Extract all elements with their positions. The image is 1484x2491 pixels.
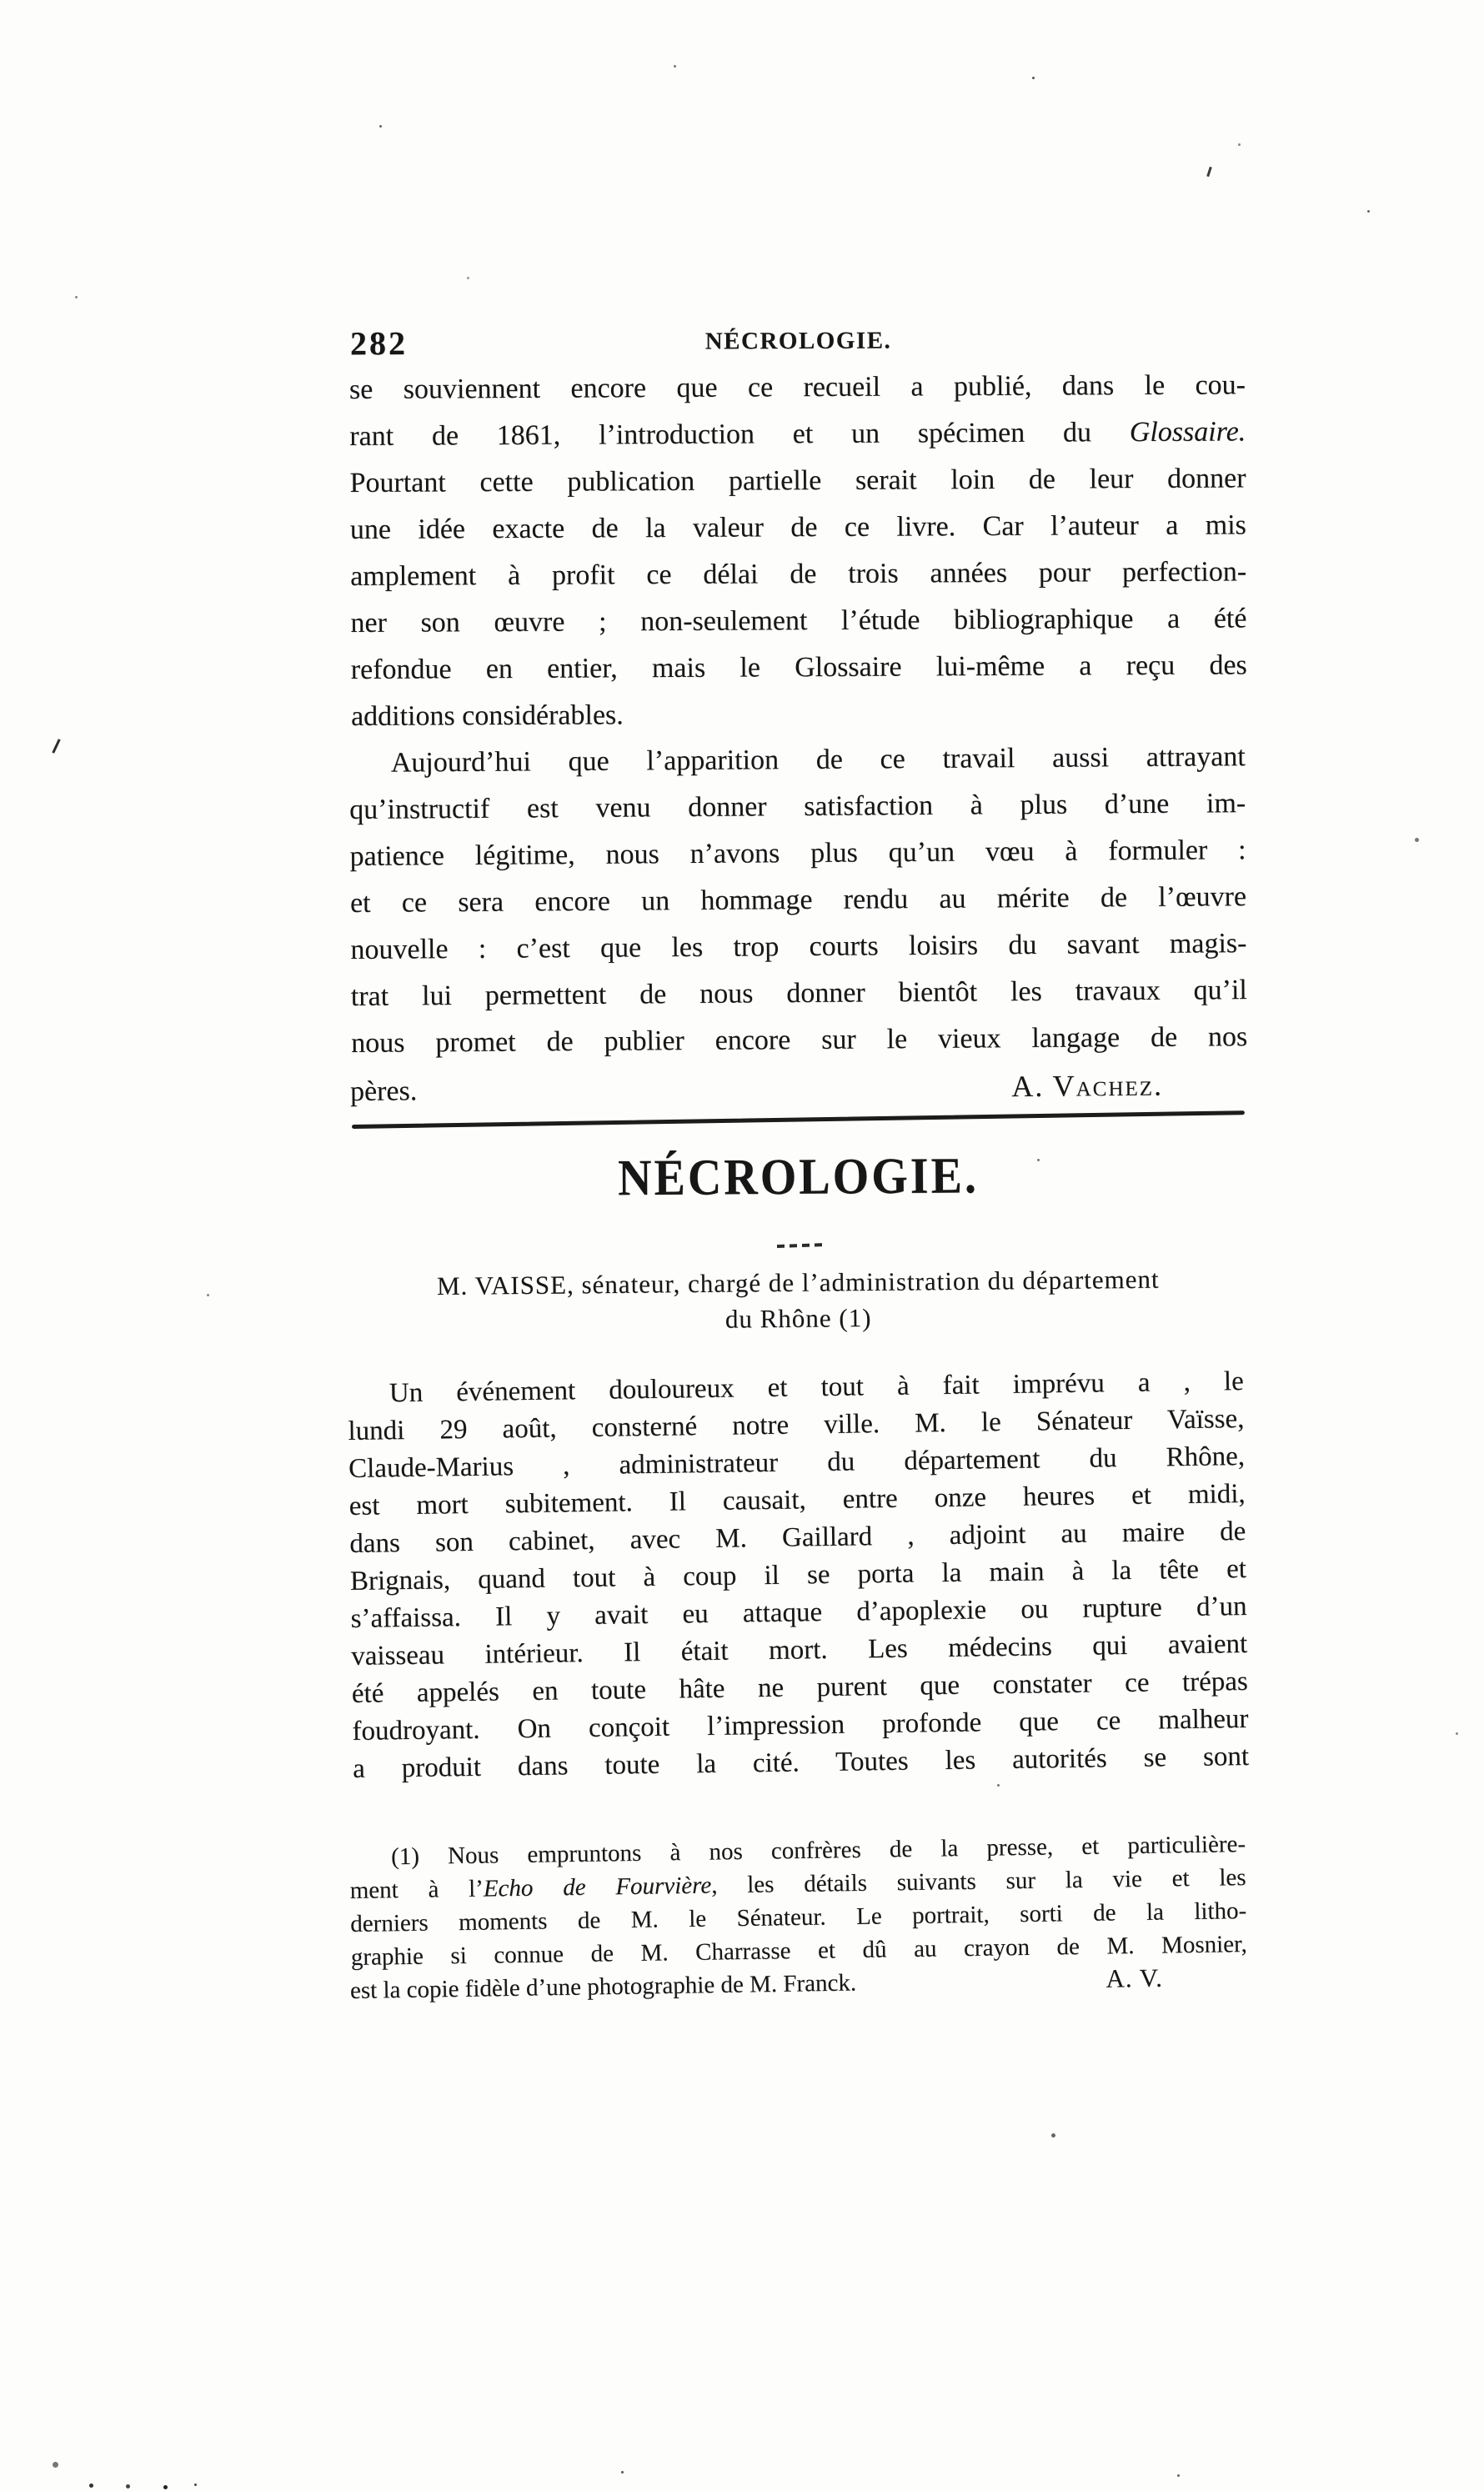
text-line: rant de 1861, l’introduction et un spéci… xyxy=(349,408,1246,460)
running-header: NÉCROLOGIE. xyxy=(350,326,1246,358)
footnote-signature: A. V. xyxy=(1105,1960,1246,1996)
text-line: nous promet de publier encore sur le vie… xyxy=(351,1014,1247,1067)
page-content: 282 NÉCROLOGIE. se souviennent encore qu… xyxy=(350,0,1246,2491)
necrology-paragraph: Un événement douloureux et tout à fait i… xyxy=(348,1363,1250,1788)
text-line: patience légitime, nous n’avons plus qu’… xyxy=(349,827,1246,880)
text-line: nouvelle : c’est que les trop courts loi… xyxy=(350,920,1246,974)
dash-ornament-icon xyxy=(776,1243,825,1248)
article-paragraph: se souviennent encore que ce recueil a p… xyxy=(349,362,1247,740)
scan-noise-speckles xyxy=(0,0,3,3)
article-paragraph: Aujourd’hui que l’apparition de ce trava… xyxy=(349,734,1248,1067)
necrology-subtitle: M. VAISSE, sénateur, chargé de l’adminis… xyxy=(350,1261,1247,1341)
text-line: Aujourd’hui que l’apparition de ce trava… xyxy=(349,734,1246,787)
text-line: qu’instructif est venu donner satisfacti… xyxy=(349,780,1246,834)
text-line: se souviennent encore que ce recueil a p… xyxy=(349,362,1246,413)
paragraph-last-line: pères. xyxy=(350,1068,418,1115)
scanned-book-page: { "page": { "number": "282", "running_he… xyxy=(0,0,1484,2491)
page-header: 282 NÉCROLOGIE. xyxy=(350,320,1246,364)
text-line: refondue en entier, mais le Glossaire lu… xyxy=(351,642,1247,694)
text-line: additions considérables. xyxy=(351,689,1247,740)
text-line: ner son œuvre ; non-seulement l’étude bi… xyxy=(350,595,1246,647)
text-line: et ce sera encore un hommage rendu au mé… xyxy=(350,874,1246,927)
text-line: Pourtant cette publication partielle ser… xyxy=(349,455,1246,507)
footnote: (1) Nous empruntons à nos confrères de l… xyxy=(349,1827,1247,1974)
author-signature: A. Vachez. xyxy=(1011,1061,1246,1110)
text-line: amplement à profit ce délai de trois ann… xyxy=(350,549,1246,600)
necrology-heading: NÉCROLOGIE. xyxy=(350,1145,1246,1210)
text-line: une idée exacte de la valeur de ce livre… xyxy=(350,502,1246,554)
signature-row: pères. A. Vachez. xyxy=(350,1061,1246,1115)
footnote-last-line: est la copie fidèle d’une photographie d… xyxy=(350,1966,857,2007)
text-line: trat lui permettent de nous donner bient… xyxy=(351,967,1247,1020)
